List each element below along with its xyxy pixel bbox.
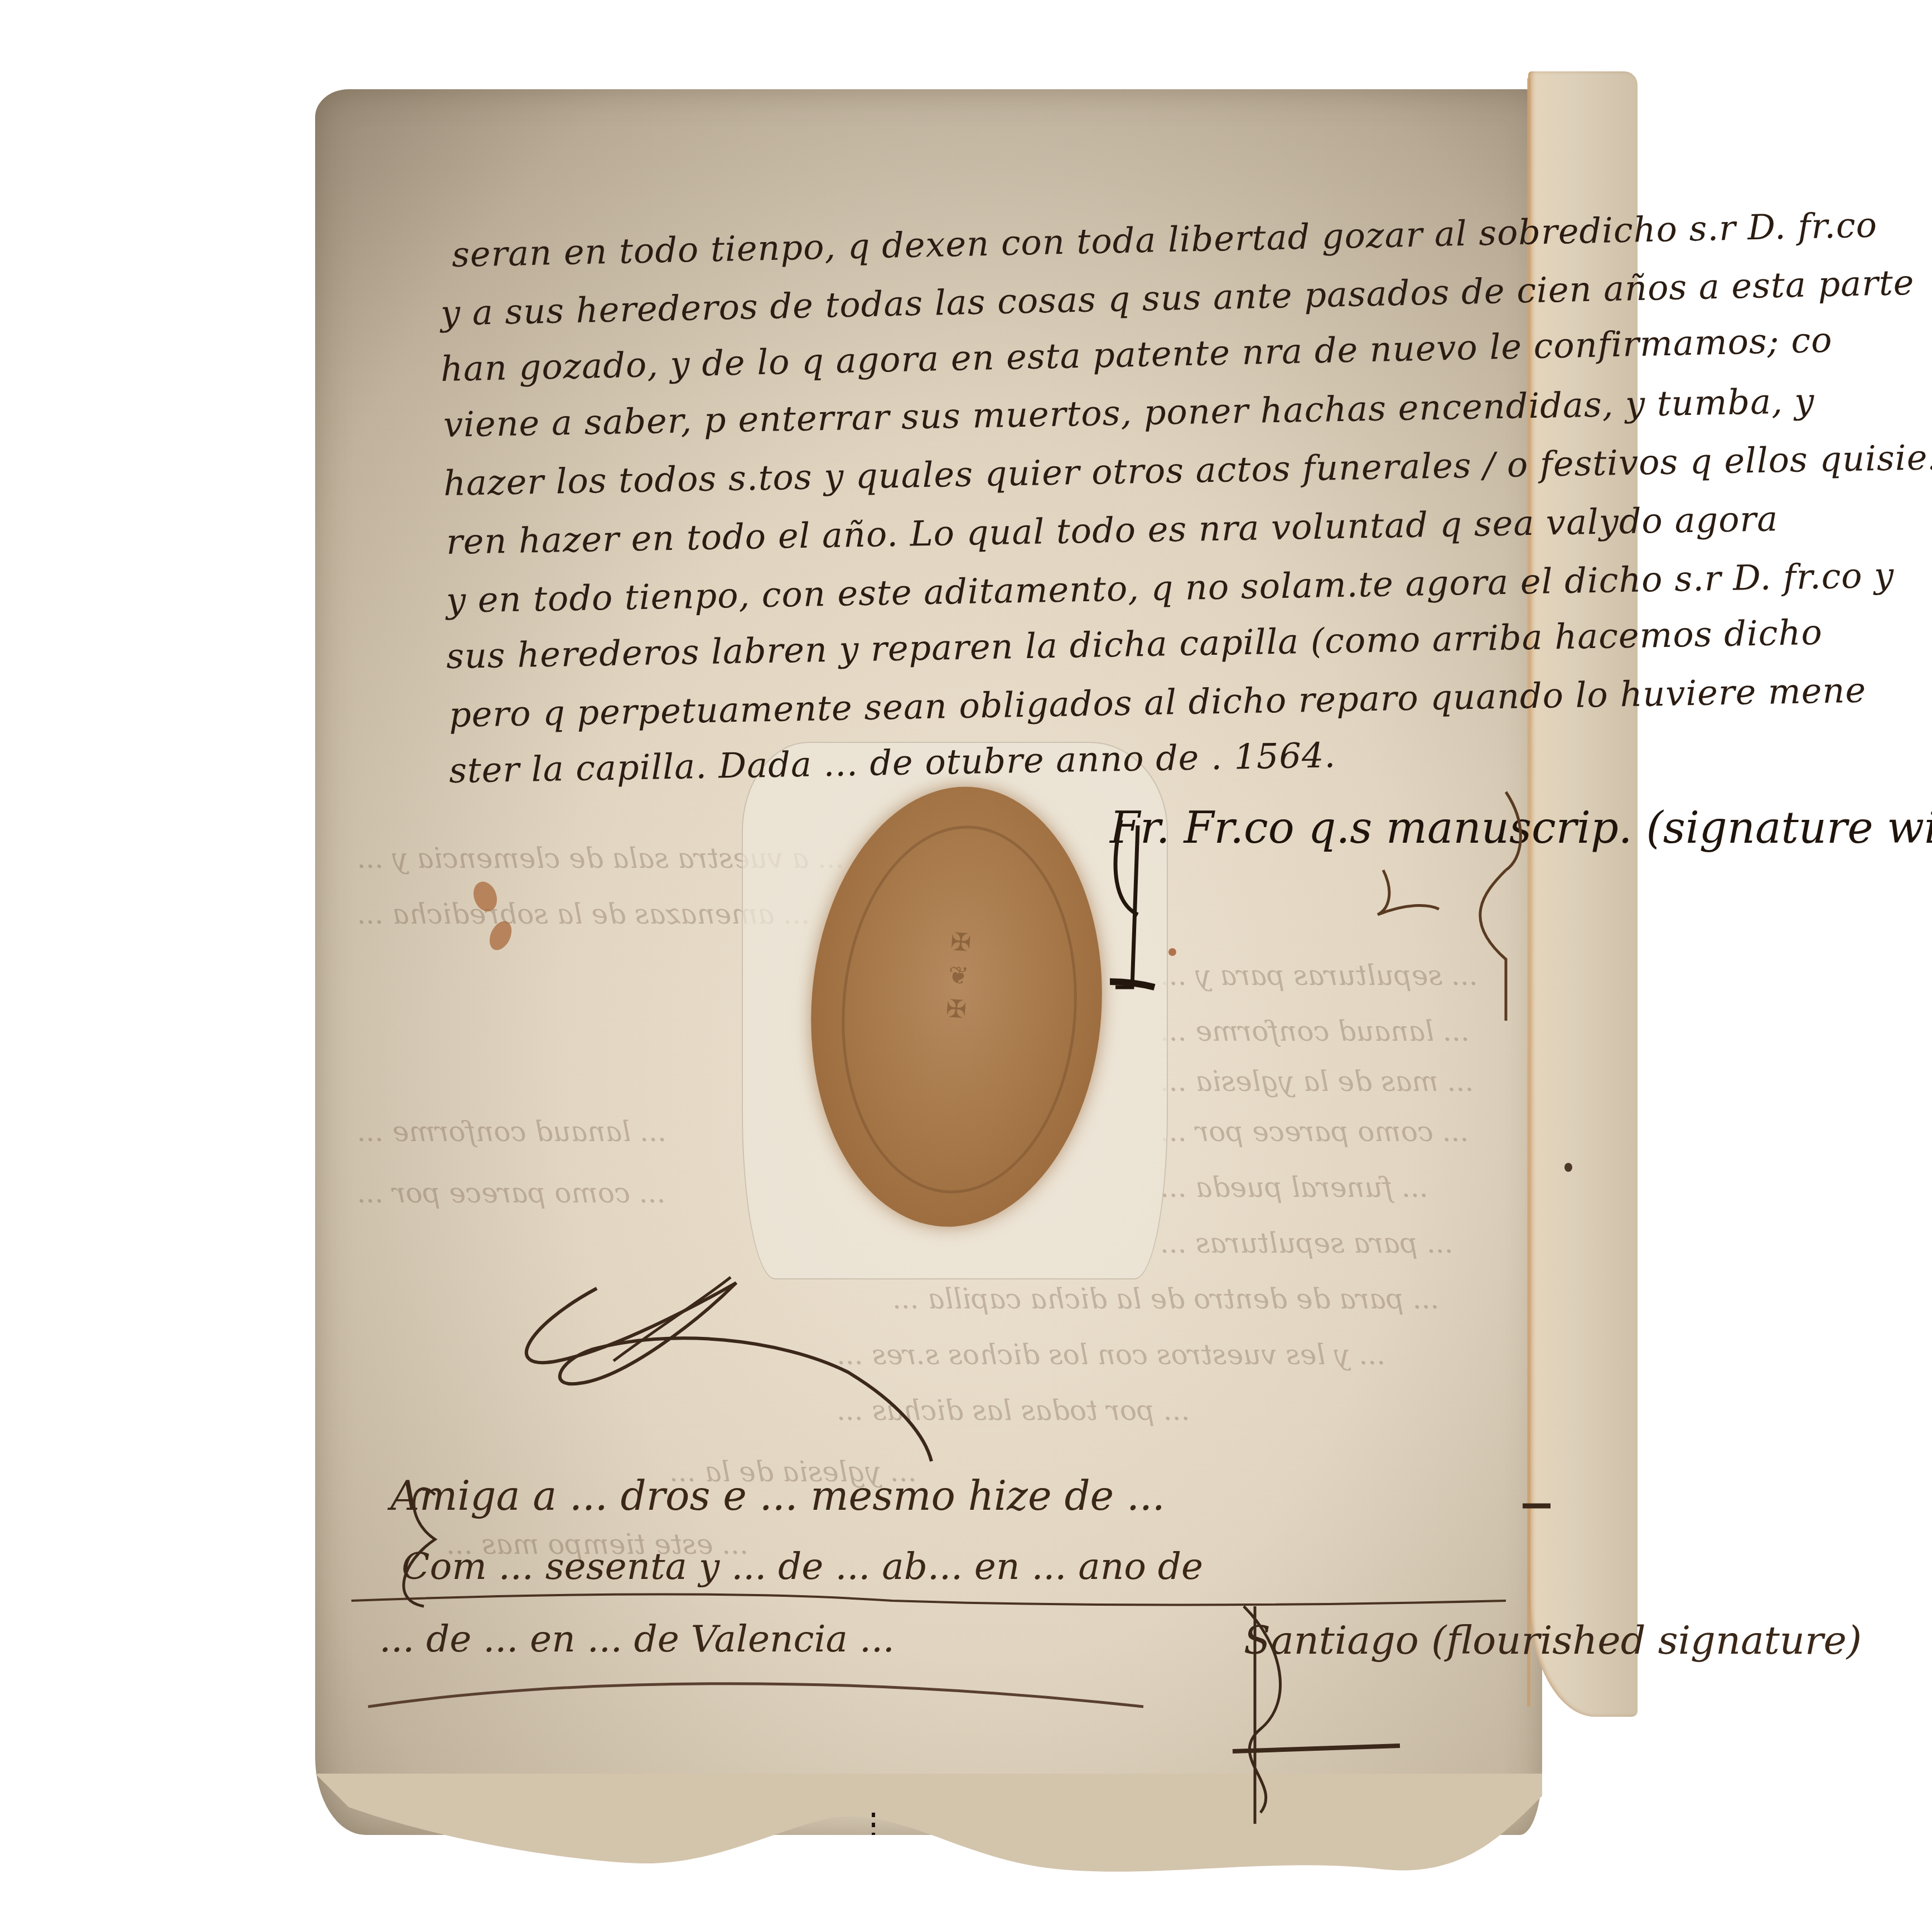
- bottom-text-line-2: Com ... sesenta y ... de ... ab... en ..…: [402, 1545, 1203, 1588]
- document-photo: ... a vuestra sala de clemencia y ... ..…: [0, 0, 1932, 1932]
- ink-dot: [1564, 1163, 1572, 1172]
- wax-seal-emblem: ✠❦✠: [892, 922, 1020, 1086]
- bottom-text-line-3: ... de ... en ... de Valencia ...: [379, 1617, 895, 1660]
- bleed-line: ... mas de la yglesia ...: [1160, 1065, 1474, 1098]
- bleed-line: ... sepulturas para y ...: [1160, 959, 1478, 992]
- bleed-line: ... por todas las dichas ...: [837, 1394, 1190, 1427]
- signature-right: Fr. Fr.co q.s manuscrip. (signature with…: [1110, 803, 1932, 853]
- bleed-line: ... lanaud conforme ...: [1160, 1015, 1470, 1047]
- bleed-line: ... lanaud conforme ...: [357, 1115, 666, 1148]
- sheet-torn-bottom-edge: [315, 1774, 1542, 1885]
- ink-stain: [1168, 948, 1176, 956]
- bleed-line: ... como parece por ...: [1160, 1115, 1469, 1148]
- bleed-line: ... funeral pueda ...: [1160, 1171, 1428, 1204]
- bleed-line: ... y les vuestros con los dichos s.res …: [837, 1339, 1385, 1371]
- bleed-line: ... para de dentro de la dicha capilla .…: [892, 1283, 1440, 1315]
- fold-crease: [1527, 78, 1530, 1707]
- bleed-line: ... como parece por ...: [357, 1177, 665, 1209]
- bottom-signature: Santiago (flourished signature): [1244, 1617, 1862, 1663]
- folded-flap: [1528, 71, 1638, 1717]
- bleed-line: ... para sepulturas ...: [1160, 1227, 1453, 1259]
- bottom-text-line-1: Amiga a ... dros e ... mesmo hize de ...: [390, 1472, 1165, 1519]
